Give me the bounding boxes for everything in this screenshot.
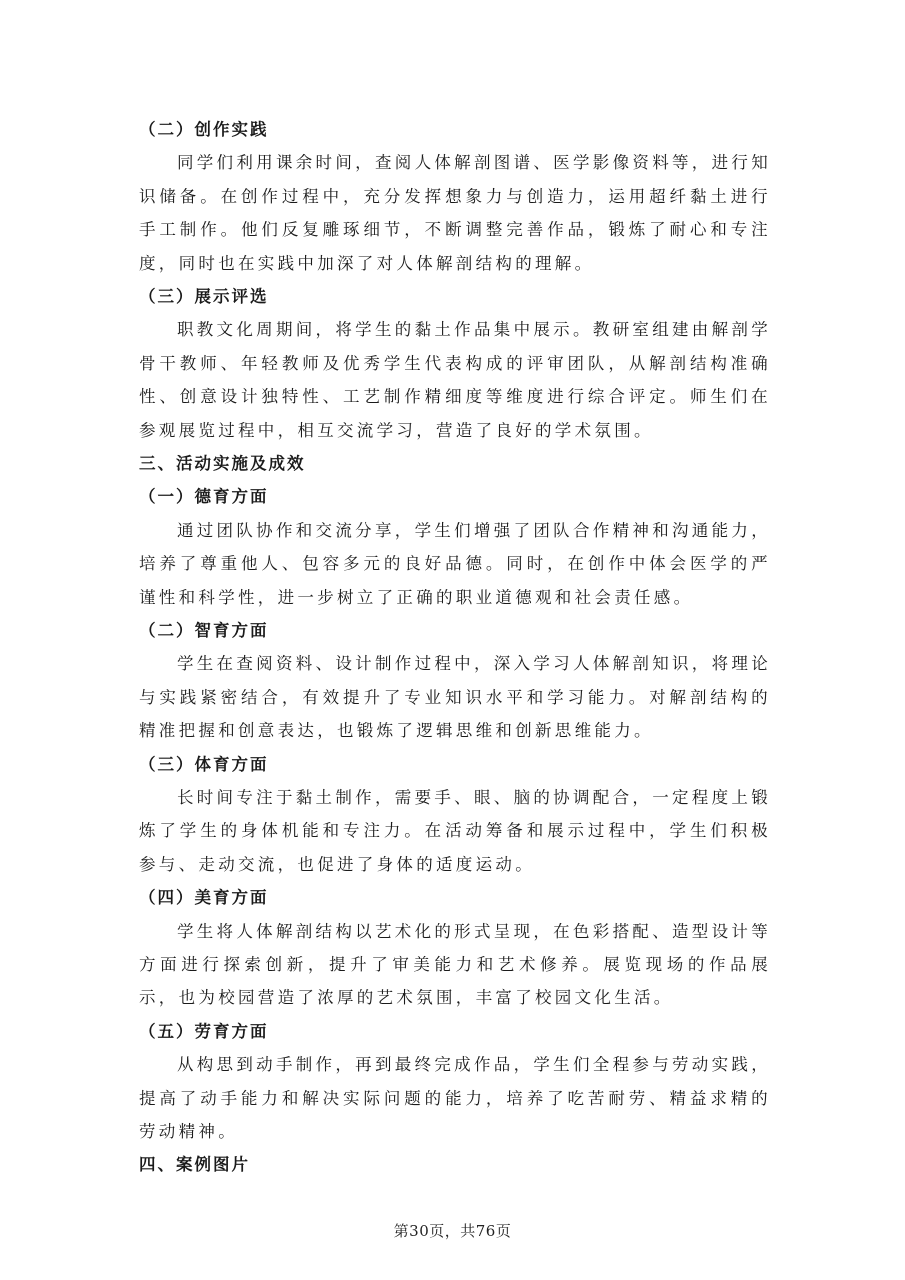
- subheading-creation-practice: （二）创作实践: [139, 113, 771, 146]
- paragraph-intellectual-education: 学生在查阅资料、设计制作过程中，深入学习人体解剖知识，将理论与实践紧密结合，有效…: [139, 647, 771, 747]
- subheading-intellectual-education: （二）智育方面: [139, 614, 771, 647]
- paragraph-labor-education: 从构思到动手制作，再到最终完成作品，学生们全程参与劳动实践，提高了动手能力和解决…: [139, 1048, 771, 1148]
- paragraph-aesthetic-education: 学生将人体解剖结构以艺术化的形式呈现，在色彩搭配、造型设计等方面进行探索创新，提…: [139, 915, 771, 1015]
- paragraph-physical-education: 长时间专注于黏土制作，需要手、眼、脑的协调配合，一定程度上锻炼了学生的身体机能和…: [139, 781, 771, 881]
- document-body: （二）创作实践 同学们利用课余时间，查阅人体解剖图谱、医学影像资料等，进行知识储…: [139, 113, 771, 1182]
- subheading-moral-education: （一）德育方面: [139, 480, 771, 513]
- subheading-exhibition-selection: （三）展示评选: [139, 280, 771, 313]
- subheading-aesthetic-education: （四）美育方面: [139, 881, 771, 914]
- heading-case-images: 四、案例图片: [139, 1148, 771, 1181]
- paragraph-creation-practice: 同学们利用课余时间，查阅人体解剖图谱、医学影像资料等，进行知识储备。在创作过程中…: [139, 146, 771, 280]
- paragraph-exhibition-selection: 职教文化周期间，将学生的黏土作品集中展示。教研室组建由解剖学骨干教师、年轻教师及…: [139, 313, 771, 447]
- heading-implementation-results: 三、活动实施及成效: [139, 447, 771, 480]
- page-number-footer: 第30页，共76页: [0, 1220, 905, 1241]
- subheading-labor-education: （五）劳育方面: [139, 1015, 771, 1048]
- paragraph-moral-education: 通过团队协作和交流分享，学生们增强了团队合作精神和沟通能力，培养了尊重他人、包容…: [139, 514, 771, 614]
- subheading-physical-education: （三）体育方面: [139, 748, 771, 781]
